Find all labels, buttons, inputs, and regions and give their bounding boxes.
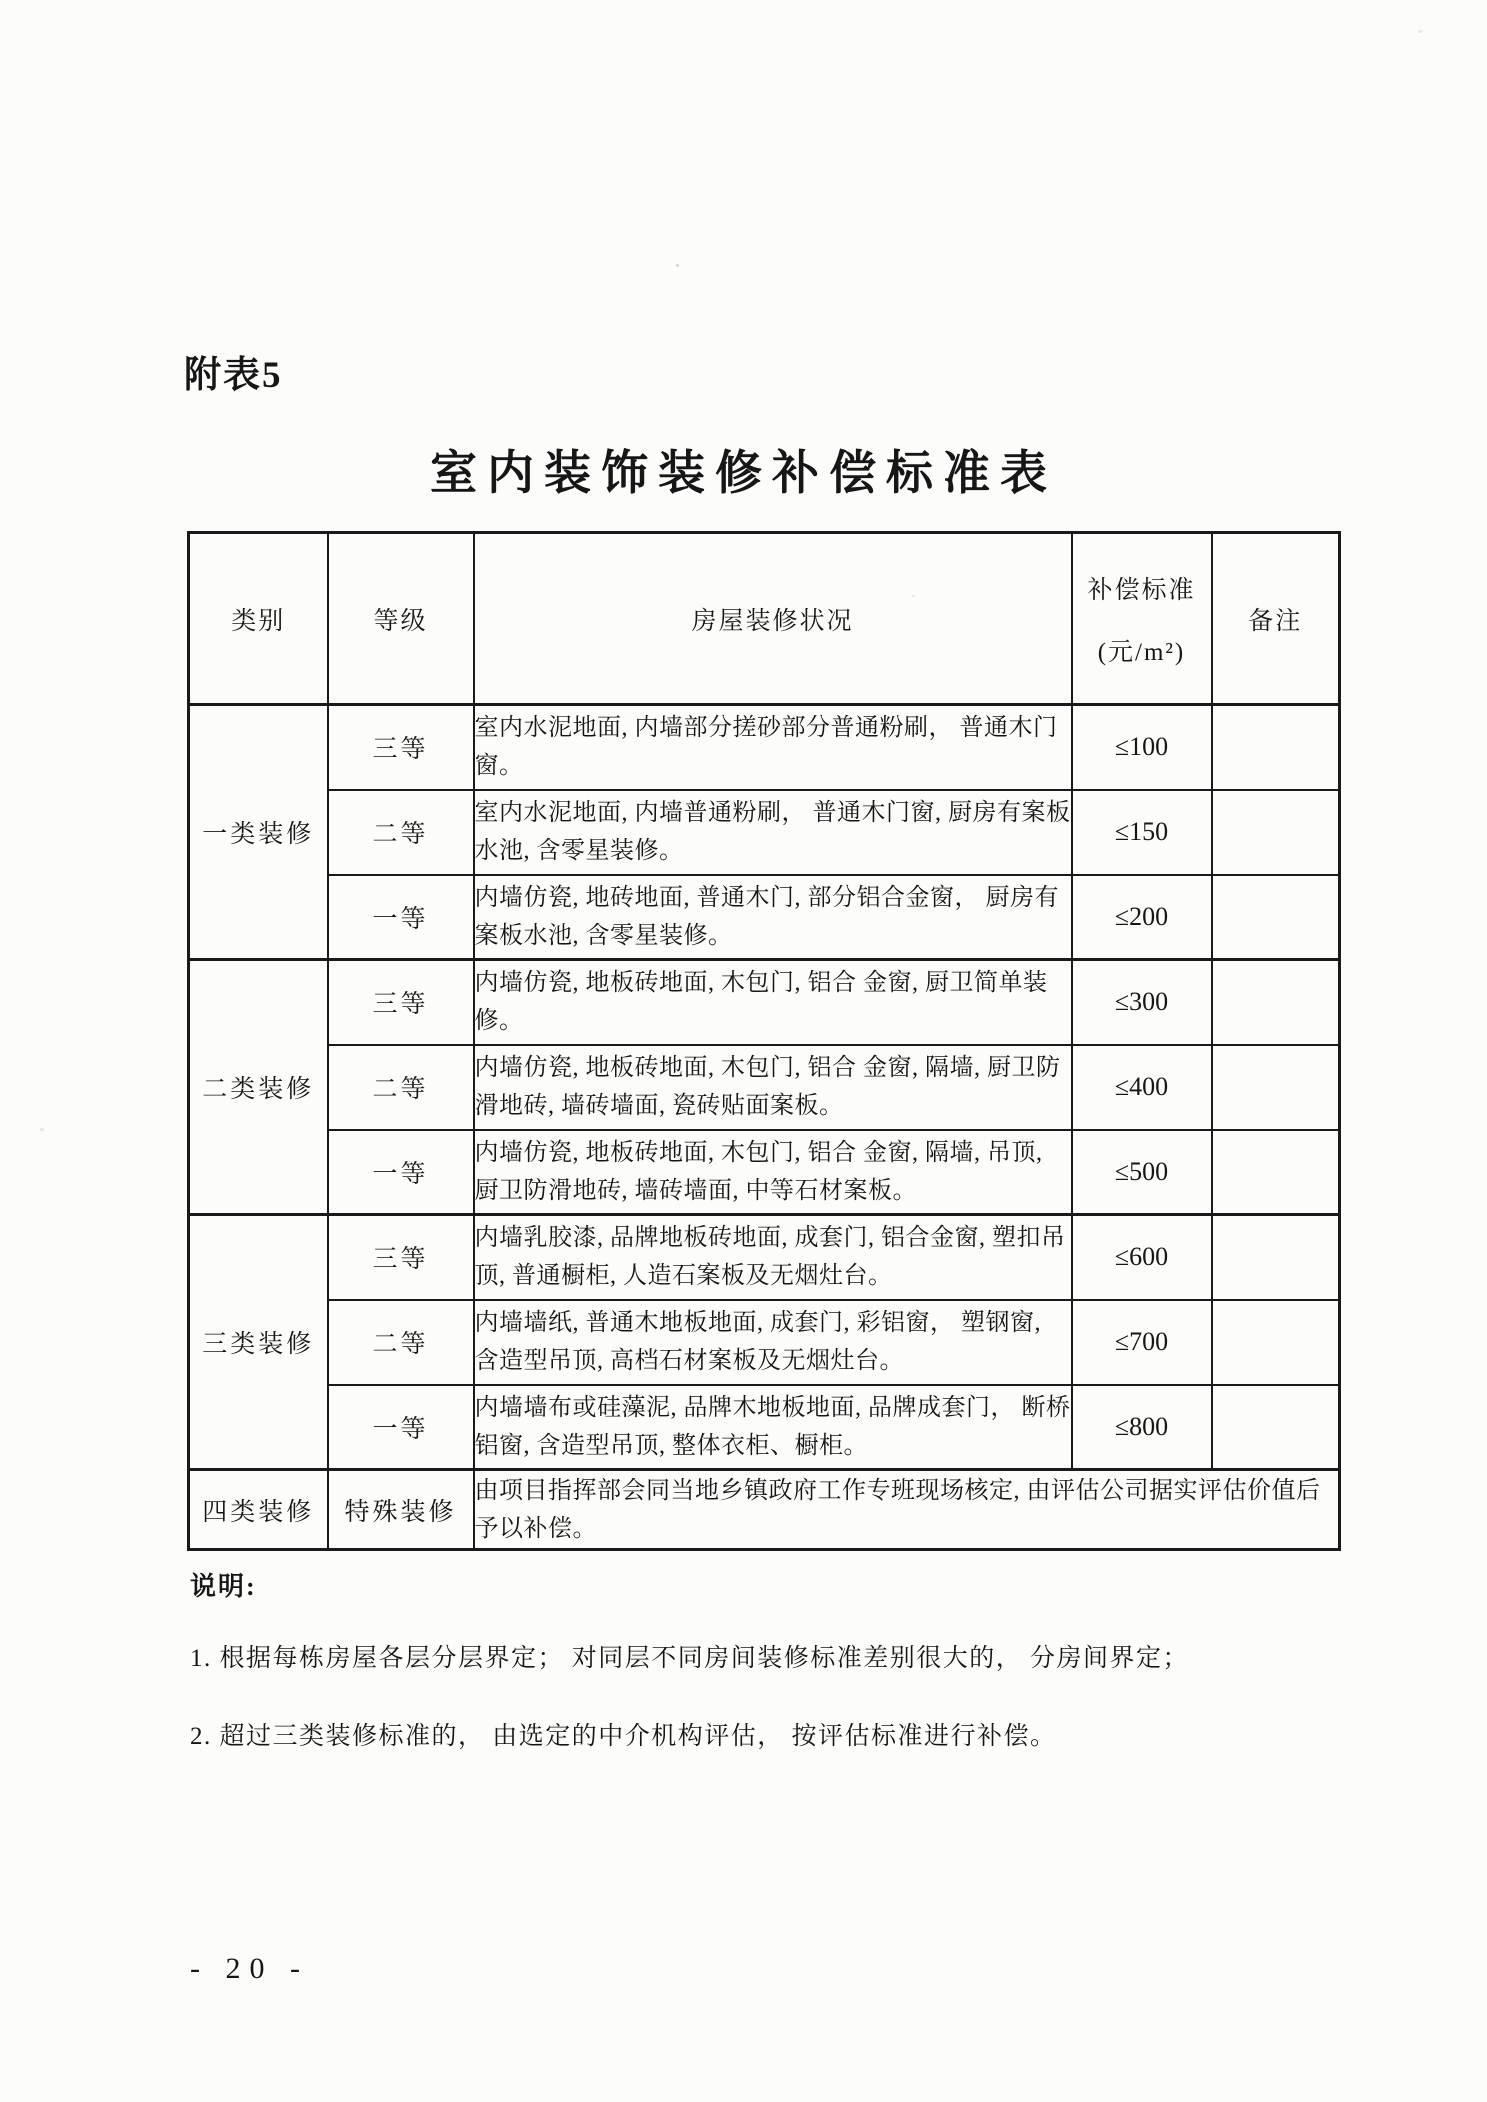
grade-cell: 一等 <box>328 1130 474 1215</box>
standard-cell: ≤800 <box>1072 1385 1212 1470</box>
condition-cell: 内墙乳胶漆, 品牌地板砖地面, 成套门, 铝合金窗, 塑扣吊顶, 普通橱柜, 人… <box>474 1215 1072 1300</box>
table-row: 二等 内墙墙纸, 普通木地板地面, 成套门, 彩铝窗， 塑钢窗, 含造型吊顶, … <box>189 1300 1340 1385</box>
table-row: 三类装修 三等 内墙乳胶漆, 品牌地板砖地面, 成套门, 铝合金窗, 塑扣吊顶,… <box>189 1215 1340 1300</box>
grade-cell: 二等 <box>328 790 474 875</box>
condition-cell: 内墙仿瓷, 地板砖地面, 木包门, 铝合 金窗, 厨卫简单装修。 <box>474 960 1072 1045</box>
remark-cell <box>1212 1300 1340 1385</box>
scan-speckle <box>676 264 679 267</box>
condition-cell: 室内水泥地面, 内墙部分搓砂部分普通粉刷， 普通木门窗。 <box>474 705 1072 790</box>
table-row-special: 四类装修 特殊装修 由项目指挥部会同当地乡镇政府工作专班现场核定, 由评估公司据… <box>189 1470 1340 1550</box>
standard-cell: ≤500 <box>1072 1130 1212 1215</box>
grade-cell: 二等 <box>328 1045 474 1130</box>
grade-cell: 一等 <box>328 875 474 960</box>
header-category: 类别 <box>189 533 328 705</box>
grade-cell: 三等 <box>328 960 474 1045</box>
remark-cell <box>1212 1385 1340 1470</box>
header-standard-line1: 补偿标准 <box>1087 570 1195 606</box>
standard-cell: ≤100 <box>1072 705 1212 790</box>
scan-speckle <box>40 1128 44 1131</box>
grade-cell: 三等 <box>328 705 474 790</box>
table-row: 二等 室内水泥地面, 内墙普通粉刷， 普通木门窗, 厨房有案板水池, 含零星装修… <box>189 790 1340 875</box>
compensation-standard-table: 类别 等级 房屋装修状况 补偿标准 (元/m²) 备注 一类装修 三等 室内水泥… <box>187 531 1341 1551</box>
remark-cell <box>1212 1045 1340 1130</box>
table-row: 二等 内墙仿瓷, 地板砖地面, 木包门, 铝合 金窗, 隔墙, 厨卫防滑地砖, … <box>189 1045 1340 1130</box>
condition-cell: 内墙仿瓷, 地板砖地面, 木包门, 铝合 金窗, 隔墙, 吊顶, 厨卫防滑地砖,… <box>474 1130 1072 1215</box>
standard-cell: ≤300 <box>1072 960 1212 1045</box>
scan-speckle <box>1418 30 1423 33</box>
remark-cell <box>1212 705 1340 790</box>
header-grade: 等级 <box>328 533 474 705</box>
table-row: 二类装修 三等 内墙仿瓷, 地板砖地面, 木包门, 铝合 金窗, 厨卫简单装修。… <box>189 960 1340 1045</box>
category-cell: 四类装修 <box>189 1470 328 1550</box>
standard-cell: ≤700 <box>1072 1300 1212 1385</box>
category-cell: 一类装修 <box>189 705 328 960</box>
grade-cell: 特殊装修 <box>328 1470 474 1550</box>
table-header-row: 类别 等级 房屋装修状况 补偿标准 (元/m²) 备注 <box>189 533 1340 705</box>
header-standard-line2: (元/m²) <box>1098 632 1186 668</box>
header-remark: 备注 <box>1212 533 1340 705</box>
header-standard: 补偿标准 (元/m²) <box>1072 533 1212 705</box>
condition-cell: 室内水泥地面, 内墙普通粉刷， 普通木门窗, 厨房有案板水池, 含零星装修。 <box>474 790 1072 875</box>
category-cell: 二类装修 <box>189 960 328 1215</box>
standard-cell: ≤150 <box>1072 790 1212 875</box>
scanned-document-page: 附表5 室内装饰装修补偿标准表 类别 等级 房屋装修状况 补偿标准 (元/m²) <box>0 0 1487 2102</box>
remark-cell <box>1212 790 1340 875</box>
standard-cell: ≤400 <box>1072 1045 1212 1130</box>
table-row: 一类装修 三等 室内水泥地面, 内墙部分搓砂部分普通粉刷， 普通木门窗。 ≤10… <box>189 705 1340 790</box>
condition-cell: 内墙仿瓷, 地砖地面, 普通木门, 部分铝合金窗， 厨房有案板水池, 含零星装修… <box>474 875 1072 960</box>
table-row: 一等 内墙墙布或硅藻泥, 品牌木地板地面, 品牌成套门， 断桥铝窗, 含造型吊顶… <box>189 1385 1340 1470</box>
remark-cell <box>1212 1130 1340 1215</box>
remark-cell <box>1212 960 1340 1045</box>
category-cell: 三类装修 <box>189 1215 328 1470</box>
grade-cell: 三等 <box>328 1215 474 1300</box>
grade-cell: 一等 <box>328 1385 474 1470</box>
notes-heading: 说明: <box>190 1566 257 1603</box>
attachment-label: 附表5 <box>184 344 283 398</box>
remark-cell <box>1212 875 1340 960</box>
note-item-2: 2. 超过三类装修标准的， 由选定的中介机构评估， 按评估标准进行补偿。 <box>190 1716 1057 1752</box>
note-item-1: 1. 根据每栋房屋各层分层界定； 对同层不同房间装修标准差别很大的， 分房间界定… <box>190 1638 1189 1674</box>
standard-cell: ≤200 <box>1072 875 1212 960</box>
document-title: 室内装饰装修补偿标准表 <box>0 436 1487 503</box>
page-number: - 20 - <box>190 1952 309 1986</box>
grade-cell: 二等 <box>328 1300 474 1385</box>
condition-cell: 内墙墙布或硅藻泥, 品牌木地板地面, 品牌成套门， 断桥铝窗, 含造型吊顶, 整… <box>474 1385 1072 1470</box>
condition-cell: 内墙墙纸, 普通木地板地面, 成套门, 彩铝窗， 塑钢窗, 含造型吊顶, 高档石… <box>474 1300 1072 1385</box>
header-condition: 房屋装修状况 <box>474 533 1072 705</box>
table-row: 一等 内墙仿瓷, 地板砖地面, 木包门, 铝合 金窗, 隔墙, 吊顶, 厨卫防滑… <box>189 1130 1340 1215</box>
remark-cell <box>1212 1215 1340 1300</box>
table-row: 一等 内墙仿瓷, 地砖地面, 普通木门, 部分铝合金窗， 厨房有案板水池, 含零… <box>189 875 1340 960</box>
condition-cell: 内墙仿瓷, 地板砖地面, 木包门, 铝合 金窗, 隔墙, 厨卫防滑地砖, 墙砖墙… <box>474 1045 1072 1130</box>
standard-cell: ≤600 <box>1072 1215 1212 1300</box>
condition-cell: 由项目指挥部会同当地乡镇政府工作专班现场核定, 由评估公司据实评估价值后予以补偿… <box>474 1470 1340 1550</box>
